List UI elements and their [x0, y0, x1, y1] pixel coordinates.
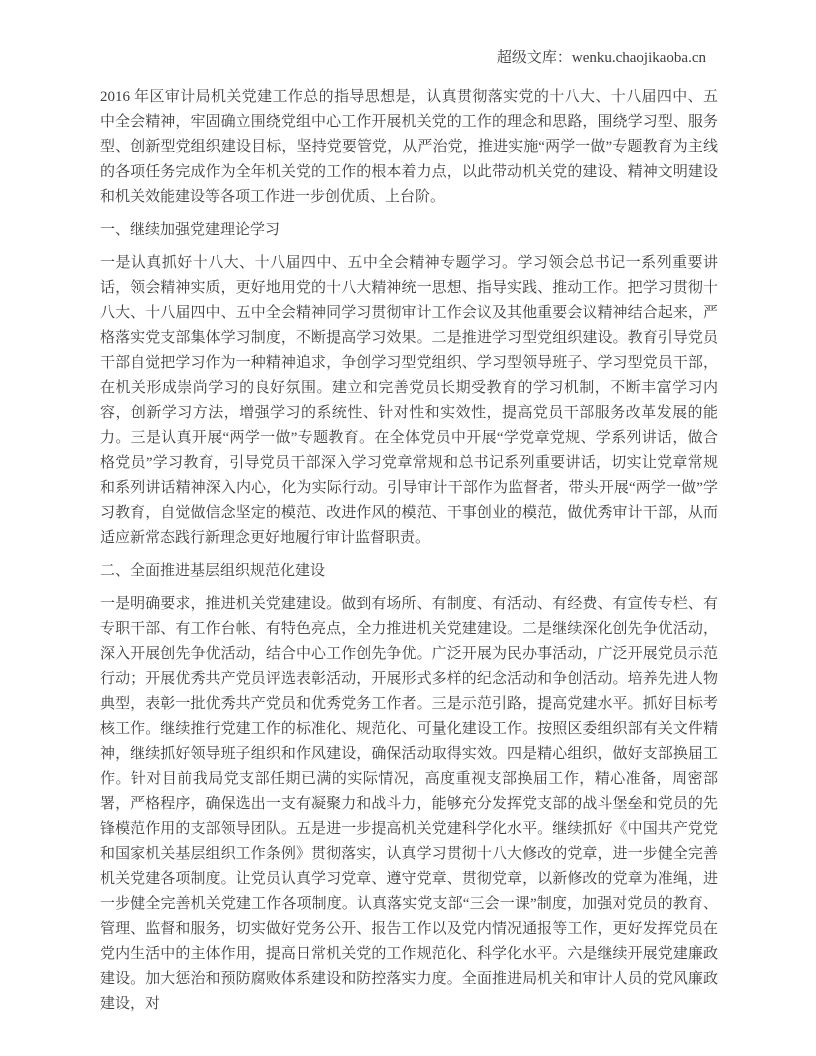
section-heading-2: 二、全面推进基层组织规范化建设: [100, 559, 718, 584]
watermark-header: 超级文库：wenku.chaojikaoba.cn: [497, 47, 706, 69]
document-page: 超级文库：wenku.chaojikaoba.cn 2016 年区审计局机关党建…: [0, 0, 816, 1056]
paragraph-intro: 2016 年区审计局机关党建工作总的指导思想是，认真贯彻落实党的十八大、十八届四…: [100, 85, 718, 210]
paragraph-section-2-body: 一是明确要求，推进机关党建建设。做到有场所、有制度、有活动、有经费、有宣传专栏、…: [100, 592, 718, 1017]
section-heading-1: 一、继续加强党建理论学习: [100, 218, 718, 243]
site-watermark-label: 超级文库：wenku.chaojikaoba.cn: [497, 50, 706, 66]
paragraph-section-1-body: 一是认真抓好十八大、十八届四中、五中全会精神专题学习。学习领会总书记一系列重要讲…: [100, 251, 718, 551]
document-body: 2016 年区审计局机关党建工作总的指导思想是，认真贯彻落实党的十八大、十八届四…: [100, 85, 718, 1025]
